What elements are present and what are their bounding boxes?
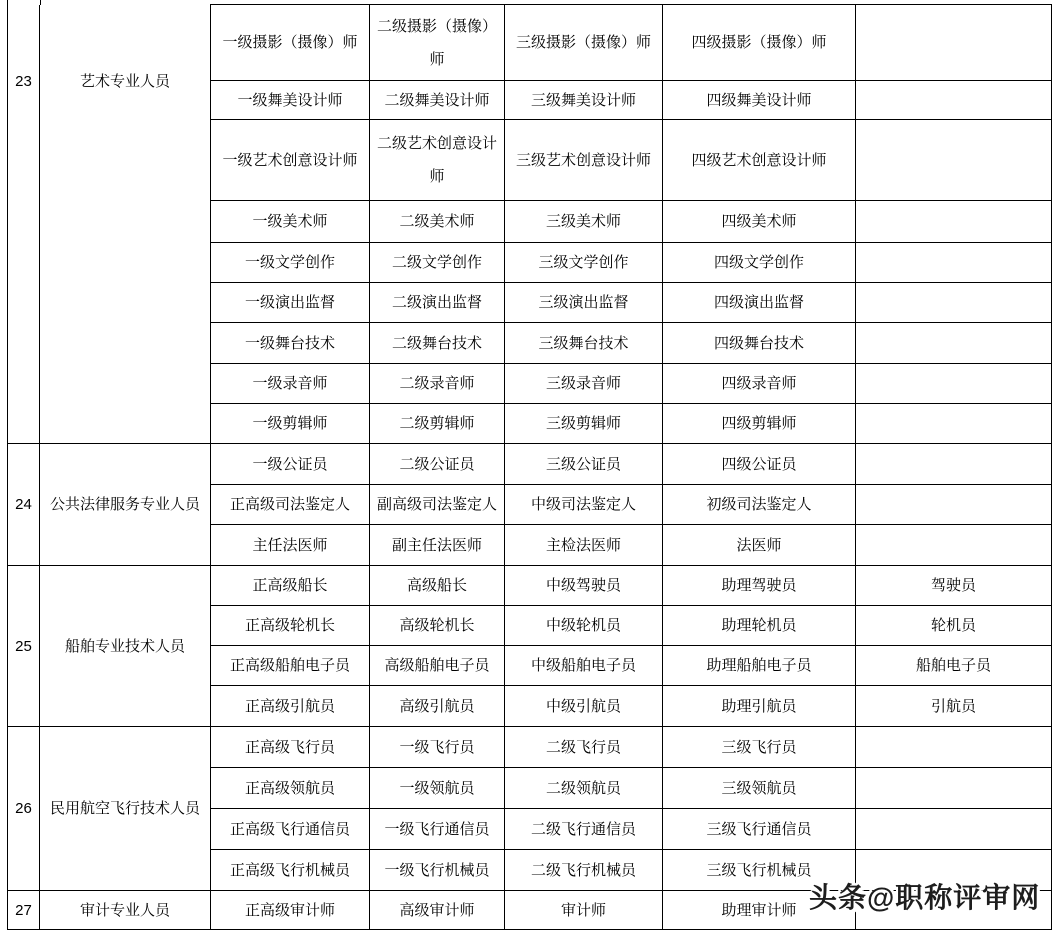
title-cell: 四级舞台技术 — [663, 323, 856, 364]
title-cell: 中级轮机员 — [505, 606, 663, 646]
title-cell: 二级录音师 — [370, 364, 505, 404]
document-page: 23艺术专业人员一级摄影（摄像）师二级摄影（摄像）师三级摄影（摄像）师四级摄影（… — [0, 0, 1059, 932]
title-cell: 四级剪辑师 — [663, 404, 856, 444]
empty-cell — [856, 727, 1052, 768]
title-cell: 正高级审计师 — [211, 891, 370, 930]
title-cell: 四级美术师 — [663, 201, 856, 243]
title-cell: 一级演出监督 — [211, 283, 370, 323]
table-body: 23艺术专业人员一级摄影（摄像）师二级摄影（摄像）师三级摄影（摄像）师四级摄影（… — [8, 5, 1052, 930]
title-cell: 高级船长 — [370, 566, 505, 606]
title-cell: 中级驾驶员 — [505, 566, 663, 606]
title-cell: 三级艺术创意设计师 — [505, 120, 663, 201]
table-row: 24公共法律服务专业人员一级公证员二级公证员三级公证员四级公证员 — [8, 444, 1052, 485]
title-cell: 三级领航员 — [663, 768, 856, 809]
row-number-cell: 27 — [8, 891, 40, 930]
title-cell: 高级轮机长 — [370, 606, 505, 646]
title-cell: 二级飞行通信员 — [505, 809, 663, 850]
title-cell: 船舶电子员 — [856, 646, 1052, 686]
title-cell: 三级公证员 — [505, 444, 663, 485]
title-cell: 轮机员 — [856, 606, 1052, 646]
title-cell: 引航员 — [856, 686, 1052, 727]
empty-cell — [856, 5, 1052, 81]
title-cell: 二级舞台技术 — [370, 323, 505, 364]
title-cell: 一级领航员 — [370, 768, 505, 809]
empty-cell — [856, 120, 1052, 201]
title-cell: 中级司法鉴定人 — [505, 485, 663, 525]
title-cell: 二级领航员 — [505, 768, 663, 809]
title-cell: 二级舞美设计师 — [370, 81, 505, 120]
title-cell: 正高级船舶电子员 — [211, 646, 370, 686]
title-cell: 一级飞行机械员 — [370, 850, 505, 891]
title-cell: 四级录音师 — [663, 364, 856, 404]
title-cell: 正高级船长 — [211, 566, 370, 606]
title-cell: 助理轮机员 — [663, 606, 856, 646]
title-cell: 正高级飞行通信员 — [211, 809, 370, 850]
title-cell: 主任法医师 — [211, 525, 370, 566]
title-cell: 助理引航员 — [663, 686, 856, 727]
title-cell: 正高级轮机长 — [211, 606, 370, 646]
title-cell: 审计师 — [505, 891, 663, 930]
title-cell: 四级舞美设计师 — [663, 81, 856, 120]
empty-cell — [856, 525, 1052, 566]
title-cell: 正高级飞行机械员 — [211, 850, 370, 891]
title-cell: 一级飞行通信员 — [370, 809, 505, 850]
row-number-cell: 24 — [8, 444, 40, 566]
title-cell: 三级舞美设计师 — [505, 81, 663, 120]
title-cell: 正高级引航员 — [211, 686, 370, 727]
row-number-cell: 26 — [8, 727, 40, 891]
title-cell: 四级演出监督 — [663, 283, 856, 323]
title-cell: 一级艺术创意设计师 — [211, 120, 370, 201]
title-cell: 法医师 — [663, 525, 856, 566]
title-cell: 一级剪辑师 — [211, 404, 370, 444]
title-cell: 助理驾驶员 — [663, 566, 856, 606]
category-cell: 民用航空飞行技术人员 — [40, 727, 211, 891]
title-cell: 二级文学创作 — [370, 243, 505, 283]
title-cell: 一级录音师 — [211, 364, 370, 404]
category-cell: 公共法律服务专业人员 — [40, 444, 211, 566]
empty-cell — [856, 809, 1052, 850]
title-cell: 一级舞美设计师 — [211, 81, 370, 120]
watermark-text: 头条@职称评审网 — [809, 876, 1040, 916]
empty-cell — [856, 404, 1052, 444]
title-cell: 高级船舶电子员 — [370, 646, 505, 686]
empty-cell — [856, 485, 1052, 525]
row-number-cell: 23 — [8, 5, 40, 444]
table-row: 26民用航空飞行技术人员正高级飞行员一级飞行员二级飞行员三级飞行员 — [8, 727, 1052, 768]
title-cell: 一级摄影（摄像）师 — [211, 5, 370, 81]
category-cell: 艺术专业人员 — [40, 5, 211, 444]
title-cell: 三级摄影（摄像）师 — [505, 5, 663, 81]
title-cell: 副高级司法鉴定人 — [370, 485, 505, 525]
title-cell: 中级船舶电子员 — [505, 646, 663, 686]
title-cell: 四级摄影（摄像）师 — [663, 5, 856, 81]
title-cell: 正高级飞行员 — [211, 727, 370, 768]
empty-cell — [856, 243, 1052, 283]
title-cell: 中级引航员 — [505, 686, 663, 727]
empty-cell — [856, 768, 1052, 809]
title-cell: 正高级领航员 — [211, 768, 370, 809]
title-cell: 四级文学创作 — [663, 243, 856, 283]
title-cell: 一级飞行员 — [370, 727, 505, 768]
table-row: 25船舶专业技术人员正高级船长高级船长中级驾驶员助理驾驶员驾驶员 — [8, 566, 1052, 606]
title-cell: 三级舞台技术 — [505, 323, 663, 364]
title-cell: 三级演出监督 — [505, 283, 663, 323]
title-cell: 副主任法医师 — [370, 525, 505, 566]
table-row: 23艺术专业人员一级摄影（摄像）师二级摄影（摄像）师三级摄影（摄像）师四级摄影（… — [8, 5, 1052, 81]
title-cell: 主检法医师 — [505, 525, 663, 566]
title-cell: 二级剪辑师 — [370, 404, 505, 444]
empty-cell — [856, 323, 1052, 364]
title-cell: 正高级司法鉴定人 — [211, 485, 370, 525]
professional-titles-table: 23艺术专业人员一级摄影（摄像）师二级摄影（摄像）师三级摄影（摄像）师四级摄影（… — [7, 4, 1052, 930]
title-cell: 高级引航员 — [370, 686, 505, 727]
title-cell: 一级美术师 — [211, 201, 370, 243]
empty-cell — [856, 201, 1052, 243]
title-cell: 助理船舶电子员 — [663, 646, 856, 686]
row-number-cell: 25 — [8, 566, 40, 727]
title-cell: 二级美术师 — [370, 201, 505, 243]
empty-cell — [856, 81, 1052, 120]
category-cell: 审计专业人员 — [40, 891, 211, 930]
empty-cell — [856, 364, 1052, 404]
title-cell: 三级飞行员 — [663, 727, 856, 768]
title-cell: 三级文学创作 — [505, 243, 663, 283]
title-cell: 二级飞行机械员 — [505, 850, 663, 891]
title-cell: 二级公证员 — [370, 444, 505, 485]
empty-cell — [856, 283, 1052, 323]
title-cell: 驾驶员 — [856, 566, 1052, 606]
title-cell: 三级剪辑师 — [505, 404, 663, 444]
title-cell: 一级公证员 — [211, 444, 370, 485]
title-cell: 二级飞行员 — [505, 727, 663, 768]
title-cell: 初级司法鉴定人 — [663, 485, 856, 525]
title-cell: 三级飞行通信员 — [663, 809, 856, 850]
title-cell: 二级演出监督 — [370, 283, 505, 323]
empty-cell — [856, 444, 1052, 485]
title-cell: 四级艺术创意设计师 — [663, 120, 856, 201]
title-cell: 二级摄影（摄像）师 — [370, 5, 505, 81]
title-cell: 三级录音师 — [505, 364, 663, 404]
title-cell: 三级美术师 — [505, 201, 663, 243]
title-cell: 一级文学创作 — [211, 243, 370, 283]
title-cell: 二级艺术创意设计师 — [370, 120, 505, 201]
title-cell: 四级公证员 — [663, 444, 856, 485]
title-cell: 一级舞台技术 — [211, 323, 370, 364]
title-cell: 高级审计师 — [370, 891, 505, 930]
category-cell: 船舶专业技术人员 — [40, 566, 211, 727]
